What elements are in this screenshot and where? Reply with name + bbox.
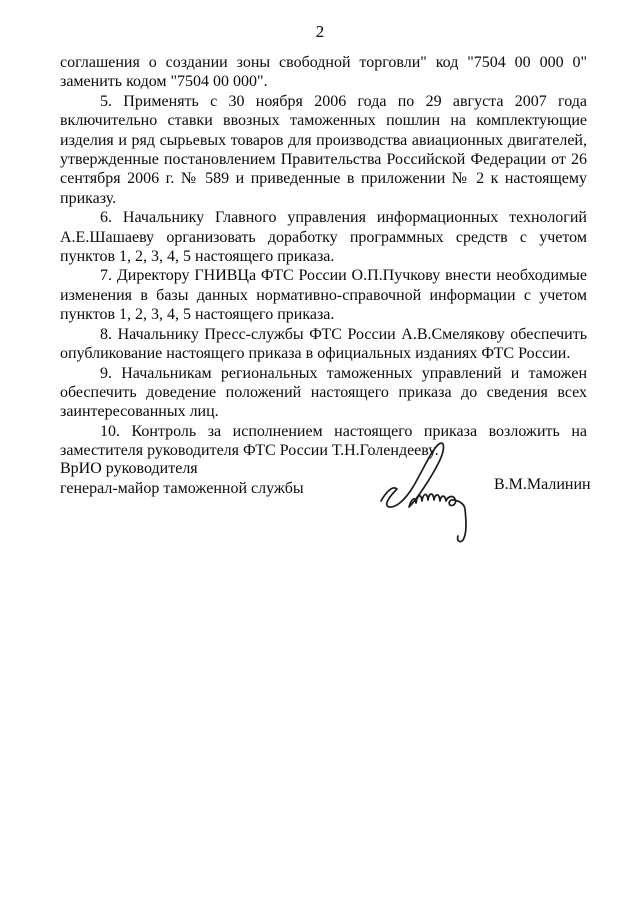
paragraph-item-6: 6. Начальнику Главного управления информ… (60, 208, 587, 266)
paragraph-item-5: 5. Применять с 30 ноября 2006 года по 29… (60, 92, 587, 208)
page-number: 2 (0, 23, 640, 41)
handwritten-signature (372, 440, 474, 548)
document-page: 2 соглашения о создании зоны свободной т… (0, 0, 640, 900)
signature-block: ВрИО руководителя генерал-майор таможенн… (60, 459, 304, 499)
signer-position-line1: ВрИО руководителя (60, 459, 304, 479)
signer-name: В.М.Малинин (494, 476, 591, 494)
paragraph-continuation: соглашения о создании зоны свободной тор… (60, 53, 587, 92)
signer-position-line2: генерал-майор таможенной службы (60, 479, 304, 499)
paragraph-item-8: 8. Начальнику Пресс-службы ФТС России А.… (60, 325, 587, 364)
document-body: соглашения о создании зоны свободной тор… (60, 53, 587, 461)
paragraph-item-9: 9. Начальникам региональных таможенных у… (60, 364, 587, 422)
paragraph-item-7: 7. Директору ГНИВЦа ФТС России О.П.Пучко… (60, 266, 587, 324)
paragraph-item-10: 10. Контроль за исполнением настоящего п… (60, 422, 587, 461)
